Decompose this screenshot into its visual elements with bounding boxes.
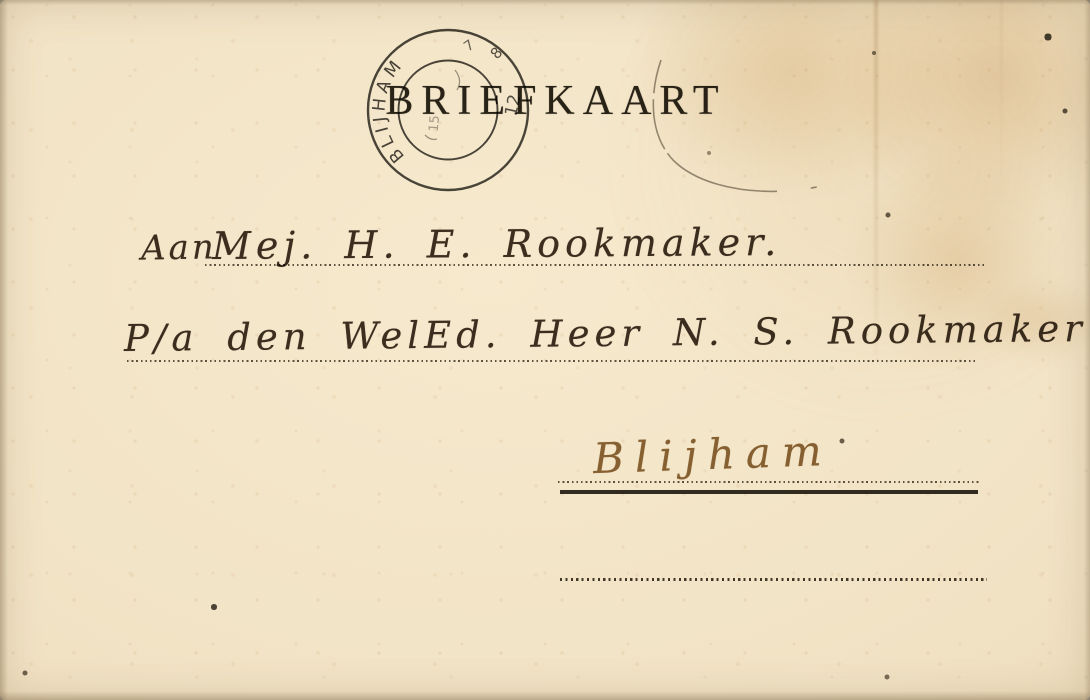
postmark-date-mark: 7 (461, 37, 477, 55)
postcard-back: BRIEFKAART BLIJHAM 12 8 7 15 Aan Mej. H.… (0, 0, 1090, 700)
postmark-place-text: BLIJHAM (370, 54, 409, 166)
postmark-inner-mark: 15 (427, 115, 443, 133)
svg-text:BLIJHAM: BLIJHAM (370, 54, 409, 166)
postmark-inner-ring (399, 61, 498, 160)
address-line-3: Blijham (592, 426, 833, 483)
address-line-1: Mej. H. E. Rookmaker. (212, 220, 781, 268)
postmark-hour-mark: 12 (501, 93, 525, 118)
address-prefix: Aan (141, 227, 217, 268)
ghost-postmark-arc (653, 60, 817, 191)
